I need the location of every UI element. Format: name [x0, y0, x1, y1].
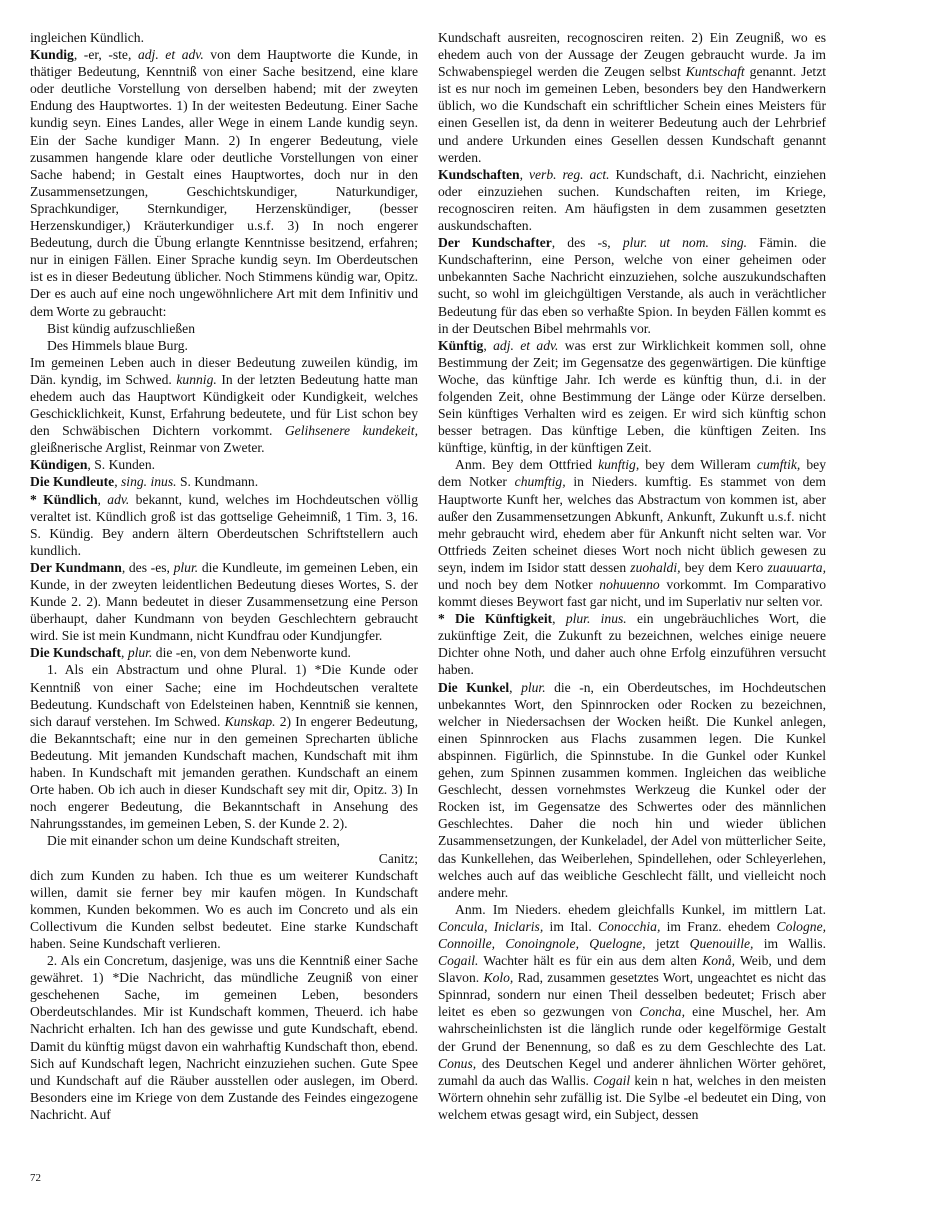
entry-text: , [552, 611, 566, 626]
headword: Die Kundleute [30, 474, 114, 489]
italic-term: Conus, [438, 1056, 476, 1071]
entry-text: im Ital. [543, 919, 598, 934]
dictionary-entry: Im gemeinen Leben auch in dieser Bedeutu… [30, 354, 418, 457]
headword: * Kündlich [30, 492, 98, 507]
entry-text: dich zum Kunden zu haben. Ich thue es um… [30, 868, 418, 951]
dictionary-entry: ingleichen Kündlich. [30, 29, 418, 46]
entry-text: , des -s, [552, 235, 623, 250]
entry-text: bey dem Kero [681, 560, 768, 575]
dictionary-entry: Die Kundschaft, plur. die -en, von dem N… [30, 644, 418, 661]
dictionary-entry: dich zum Kunden zu haben. Ich thue es um… [30, 867, 418, 952]
italic-term: zuohaldi, [630, 560, 680, 575]
headword: Künftig [438, 338, 483, 353]
entry-text: Bist kündig aufzuschließen [47, 321, 195, 336]
entry-text: Anm. Bey dem Ottfried [455, 457, 598, 472]
italic-term: Kolo, [484, 970, 514, 985]
right-column: Kundschaft ausreiten, recognosciren reit… [438, 29, 826, 1123]
dictionary-entry: Künftig, adj. et adv. was erst zur Wirkl… [438, 337, 826, 457]
entry-text: , [509, 680, 521, 695]
italic-term: adj. et adv. [138, 47, 204, 62]
dictionary-entry: Anm. Im Nieders. ehedem gleichfalls Kunk… [438, 901, 826, 1123]
entry-text: und noch bey dem Notker [438, 577, 599, 592]
italic-term: chumftig, [515, 474, 566, 489]
entry-text: , [121, 645, 128, 660]
entry-text: , [483, 338, 493, 353]
dictionary-entry: * Die Künftigkeit, plur. inus. ein ungeb… [438, 610, 826, 678]
headword: Die Kundschaft [30, 645, 121, 660]
entry-text: , [114, 474, 121, 489]
headword: Der Kundschafter [438, 235, 552, 250]
headword: Kundig [30, 47, 74, 62]
dictionary-entry: * Kündlich, adv. bekannt, kund, welches … [30, 491, 418, 559]
dictionary-entry: Kundig, -er, -ste, adj. et adv. von dem … [30, 46, 418, 320]
dictionary-entry: Kundschaften, verb. reg. act. Kundschaft… [438, 166, 826, 234]
dictionary-entry: Die Kunkel, plur. die -n, ein Oberdeutsc… [438, 679, 826, 901]
italic-term: Cogail. [438, 953, 478, 968]
italic-term: adj. et adv. [493, 338, 558, 353]
italic-term: sing. inus. [121, 474, 177, 489]
italic-term: adv. [107, 492, 129, 507]
entry-text: von dem Hauptworte die Kunde, in thätige… [30, 47, 418, 318]
dictionary-entry: Der Kundmann, des -es, plur. die Kundleu… [30, 559, 418, 644]
entry-text: Wachter hält es für ein aus dem alten [478, 953, 702, 968]
italic-term: Gelihsenere kundekeit, [285, 423, 418, 438]
attribution: Canitz; [30, 850, 418, 867]
italic-term: plur. ut nom. sing. [623, 235, 747, 250]
dictionary-entry: Die Kundleute, sing. inus. S. Kundmann. [30, 473, 418, 490]
italic-term: kunftig, [598, 457, 639, 472]
entry-text: Die mit einander schon um deine Kundscha… [47, 833, 340, 848]
verse-line: Die mit einander schon um deine Kundscha… [30, 832, 418, 849]
left-column: ingleichen Kündlich.Kundig, -er, -ste, a… [30, 29, 418, 1123]
entry-text: , des -es, [122, 560, 174, 575]
entry-text: Canitz; [379, 851, 418, 866]
entry-text: 2) In en­gerer Bedeutung, die Bekanntsch… [30, 714, 418, 832]
entry-text: , [520, 167, 529, 182]
dictionary-entry: Kundschaft ausreiten, recognosciren reit… [438, 29, 826, 166]
headword: Kündigen [30, 457, 87, 472]
dictionary-entry: Der Kundschafter, des -s, plur. ut nom. … [438, 234, 826, 337]
entry-text: S. Kundmann. [177, 474, 259, 489]
italic-term: zuauuarta, [767, 560, 826, 575]
entry-text: Anm. Im Nieders. ehedem gleichfalls Kunk… [455, 902, 826, 917]
headword: * Die Künftigkeit [438, 611, 552, 626]
entry-text: im Franz. ehedem [660, 919, 776, 934]
page-number: 72 [30, 1172, 41, 1185]
italic-term: Concha, [639, 1004, 685, 1019]
verse-line: Bist kündig aufzuschließen [30, 320, 418, 337]
headword: Die Kunkel [438, 680, 509, 695]
dictionary-entry: 2. Als ein Concretum, dasjenige, was uns… [30, 952, 418, 1123]
entry-text: bey dem Willeram [639, 457, 757, 472]
italic-term: verb. reg. act. [529, 167, 610, 182]
headword: Der Kundmann [30, 560, 122, 575]
entry-text: ingleichen Kündlich. [30, 30, 144, 45]
headword: Kundschaften [438, 167, 520, 182]
italic-term: Quenouille, [690, 936, 754, 951]
italic-term: plur. [128, 645, 153, 660]
italic-term: plur. [174, 560, 199, 575]
verse-line: Des Himmels blaue Burg. [30, 337, 418, 354]
entry-text: genannt. Jetzt ist es nur noch im gemein… [438, 64, 826, 164]
italic-term: plur. inus. [566, 611, 627, 626]
italic-term: Cogail [593, 1073, 630, 1088]
entry-text: im Wallis. [753, 936, 826, 951]
italic-term: Kunskap. [225, 714, 276, 729]
entry-text: Fämin. die Kundschafterinn, eine Person,… [438, 235, 826, 335]
italic-term: cumftik, [757, 457, 800, 472]
entry-text: die -n, ein Oberdeutsches, im Hochdeutsc… [438, 680, 826, 900]
entry-text: , [98, 492, 108, 507]
italic-term: plur. [521, 680, 546, 695]
entry-text: , S. Kunden. [87, 457, 155, 472]
italic-term: Kuntschaft [686, 64, 745, 79]
dictionary-entry: Anm. Bey dem Ottfried kunftig, bey dem W… [438, 456, 826, 610]
entry-text: gleißnerische Arglist, Reinmar von Zwete… [30, 440, 265, 455]
entry-text: die -en, von dem Nebenworte kund. [152, 645, 351, 660]
italic-term: nohuuenno [599, 577, 659, 592]
entry-text: 2. Als ein Concretum, dasjenige, was uns… [30, 953, 418, 1122]
entry-text: jetzt [646, 936, 690, 951]
italic-term: Konå, [702, 953, 735, 968]
entry-text: , -er, -ste, [74, 47, 138, 62]
dictionary-entry: 1. Als ein Abstractum und ohne Plural. 1… [30, 661, 418, 832]
italic-term: Concula, Iniclaris, [438, 919, 543, 934]
entry-text: was erst zur Wirklichkeit kommen soll, o… [438, 338, 826, 456]
italic-term: kunnig. [176, 372, 216, 387]
italic-term: Conocchia, [598, 919, 660, 934]
entry-text: Des Himmels blaue Burg. [47, 338, 188, 353]
dictionary-entry: Kündigen, S. Kunden. [30, 456, 418, 473]
